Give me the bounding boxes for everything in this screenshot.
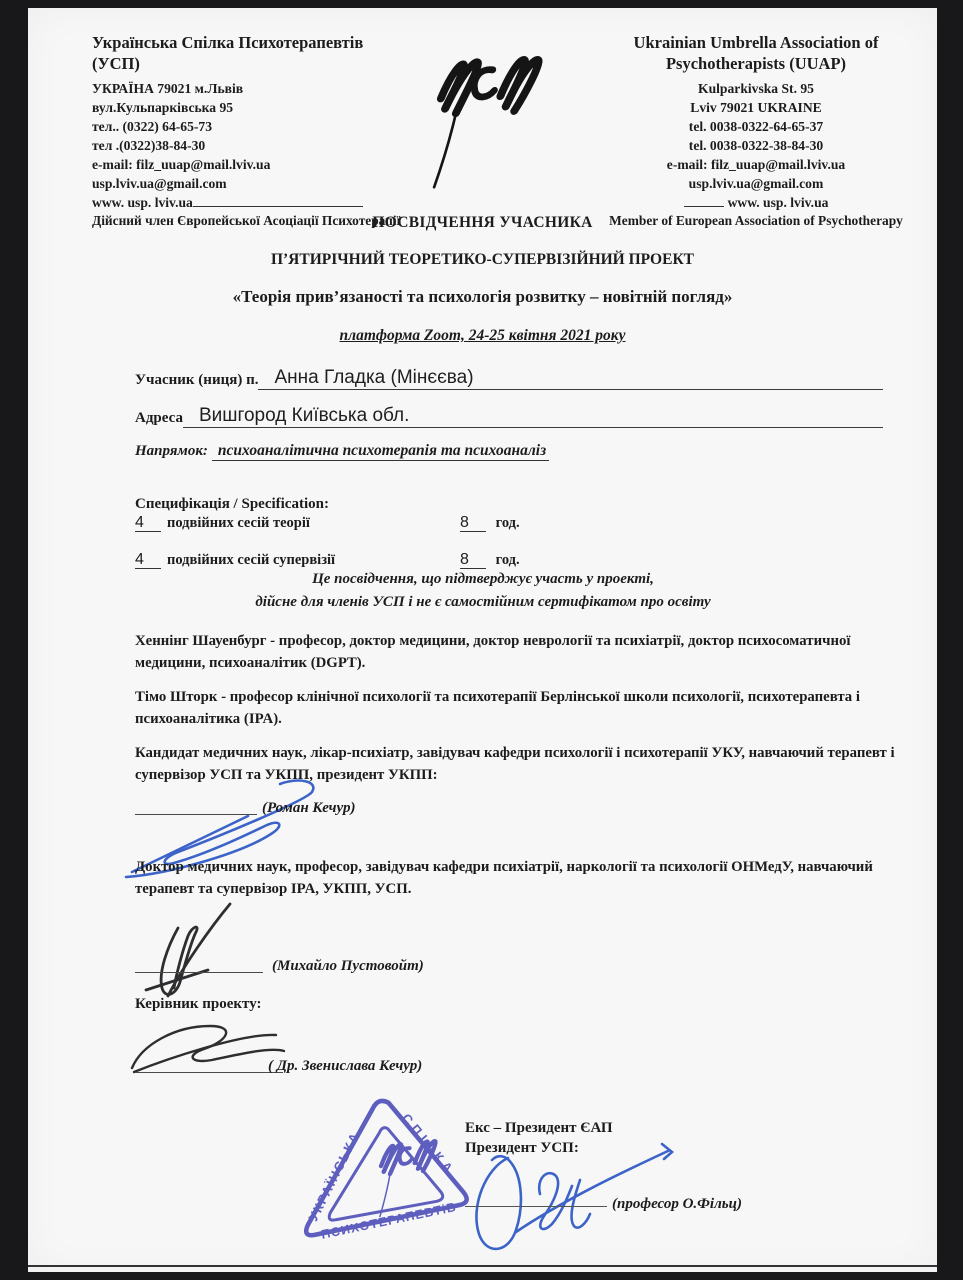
validity-note: Це посвідчення, що підтверджує участь у … [108,568,858,613]
spec-row-supervision: 4подвійних сесій супервізії 8 год. [135,552,880,569]
svg-text:УКРАЇНСЬКА: УКРАЇНСЬКА [301,1128,367,1224]
org-ua-email1: e-mail: filz_uuap@mail.lviv.ua [92,155,414,174]
svg-text:ПСИХОТЕРАПЕВТіВ: ПСИХОТЕРАПЕВТіВ [319,1200,459,1242]
org-name-ua-line2: (УСП) [92,54,140,73]
kechur-name: (Роман Кечур) [262,800,356,817]
org-en-email1: e-mail: filz_uuap@mail.lviv.ua [580,155,932,174]
org-name-ua: Українська Спілка Психотерапевтів (УСП) [92,32,414,75]
zvenyslava-name: ( Др. Звенислава Кечур) [268,1058,422,1075]
org-en-phone2: tel. 0038-0322-38-84-30 [580,136,932,155]
certificate-page: Українська Спілка Психотерапевтів (УСП) … [28,8,937,1272]
usp-association-stamp: УКРАЇНСЬКА СПІЛКА ПСИХОТЕРАПЕВТіВ [286,1086,484,1254]
org-ua-address1: УКРАЇНА 79021 м.Львів [92,79,414,98]
signature-line [135,1072,283,1073]
org-name-ua-line1: Українська Спілка Психотерапевтів [92,33,363,52]
org-en-website: www. usp. lviv.ua [728,195,829,210]
usp-logo-icon [418,46,556,194]
address-row: Адреса Вишгород Київська обл. [135,398,883,428]
theory-hours-unit: год. [490,515,520,531]
supervision-hours-unit: год. [490,552,520,568]
participant-label: Учасник (ниця) п. [135,372,258,390]
org-header-en: Ukrainian Umbrella Association of Psycho… [580,32,932,231]
org-header-ua: Українська Спілка Психотерапевтів (УСП) … [92,32,414,231]
signature-line [135,972,263,973]
specification-title: Специфікація / Specification: [135,496,329,513]
address-field: Вишгород Київська обл. [183,405,883,428]
direction-value: психоаналітична психотерапія та психоана… [212,442,549,461]
participant-field: Анна Гладка (Мінєєва) [258,367,883,390]
validity-note-line1: Це посвідчення, що підтверджує участь у … [108,568,858,591]
org-ua-address2: вул.Кульпарківська 95 [92,98,414,117]
project-title: П’ЯТИРІЧНИЙ ТЕОРЕТИКО-СУПЕРВІЗІЙНИЙ ПРОЕ… [28,251,937,269]
stamp-text-ukrainska: УКРАЇНСЬКА [301,1128,367,1224]
supervision-label: подвійних сесій супервізії [161,552,335,568]
participant-value: Анна Гладка (Мінєєва) [274,367,473,388]
project-lead-label: Керівник проекту: [135,996,262,1013]
org-en-website-line: www. usp. lviv.ua [580,193,932,212]
org-ua-website-line: www. usp. lviv.ua [92,193,414,212]
org-ua-phone1: тел.. (0322) 64-65-73 [92,117,414,136]
theory-hours-value: 8 [460,515,486,532]
org-en-email2: usp.lviv.ua@gmail.com [580,174,932,193]
theory-label: подвійних сесій теорії [161,515,310,531]
blank-underline [193,193,363,207]
trainer-pustovoit-title: Доктор медичних наук, професор, завідува… [135,856,923,900]
theory-hours: 8 год. [460,515,520,532]
org-name-en-line2: Psychotherapists (UUAP) [666,54,846,73]
signature-mykhailo-pustovoit [134,898,266,1004]
trainer-schauenburg: Хеннінг Шауенбург - професор, доктор мед… [135,630,923,674]
participant-row: Учасник (ниця) п. Анна Гладка (Мінєєва) [135,360,883,390]
signature-line [135,814,257,815]
stamp-text-psychotherapists: ПСИХОТЕРАПЕВТіВ [319,1200,459,1242]
theory-count: 4 [135,515,161,532]
validity-note-line2: дійсне для членів УСП і не є самостійним… [108,591,858,614]
certificate-title: ПОСВІДЧЕННЯ УЧАСНИКА [28,214,937,232]
blank-underline [684,193,724,207]
direction-label: Напрямок: [135,443,208,459]
trainer-storck: Тімо Шторк - професор клінічної психолог… [135,686,923,730]
org-en-address2: Lviv 79021 UKRAINE [580,98,932,117]
org-en-address1: Kulparkivska St. 95 [580,79,932,98]
org-name-en: Ukrainian Umbrella Association of Psycho… [580,32,932,75]
org-name-en-line1: Ukrainian Umbrella Association of [634,33,879,52]
topic-title: «Теорія прив’язаності та психологія розв… [28,287,937,307]
signature-line [465,1206,607,1207]
org-ua-website: www. usp. lviv.ua [92,195,193,210]
pustovoit-name: (Михайло Пустовойт) [272,958,424,975]
org-ua-phone2: тел .(0322)38-84-30 [92,136,414,155]
org-ua-email2: usp.lviv.ua@gmail.com [92,174,414,193]
event-line: платформа Zoom, 24-25 квітня 2021 року [28,327,937,345]
event-date: платформа Zoom, 24-25 квітня 2021 року [340,327,626,344]
supervision-hours: 8 год. [460,552,520,569]
supervision-count: 4 [135,552,161,569]
address-value: Вишгород Київська обл. [199,405,409,426]
org-en-phone1: tel. 0038-0322-64-65-37 [580,117,932,136]
address-label: Адреса [135,410,183,428]
filts-name: (професор О.Фільц) [612,1196,742,1213]
direction-row: Напрямок: психоаналітична психотерапія т… [135,442,549,460]
supervision-hours-value: 8 [460,552,486,569]
spec-row-theory: 4подвійних сесій теорії 8 год. [135,515,880,532]
